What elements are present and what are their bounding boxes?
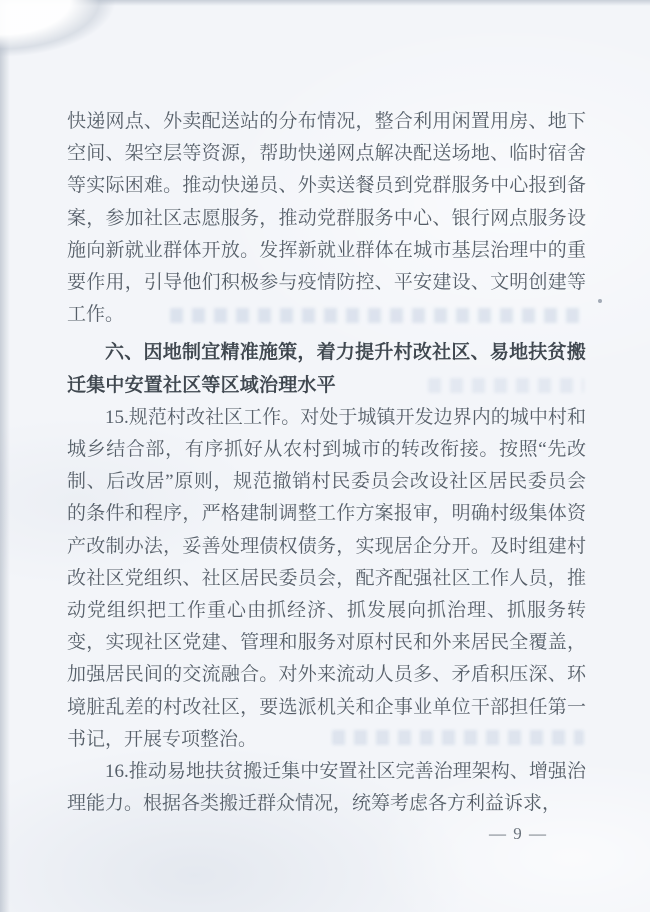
document-body-text: 快递网点、外卖配送站的分布情况，整合利用闲置用房、地下空间、架空层等资源，帮助快… [67,106,586,820]
page-number: — 9 — [489,824,569,844]
paragraph-item-15: 15.规范村改社区工作。对处于城镇开发边界内的城中村和城乡结合部，有序抓好从农村… [67,402,586,756]
paragraph-item-16: 16.推动易地扶贫搬迁集中安置社区完善治理架构、增强治理能力。根据各类搬迁群众情… [67,756,586,820]
section-heading-6: 六、因地制宜精准施策，着力提升村改社区、易地扶贫搬迁集中安置社区等区域治理水平 [67,337,586,401]
scan-speck-artifact [598,299,602,303]
page-corner-fold [0,0,130,64]
page-edge-shadow-left [0,0,10,912]
scanned-document-page: 快递网点、外卖配送站的分布情况，整合利用闲置用房、地下空间、架空层等资源，帮助快… [0,0,650,912]
paragraph-continuation: 快递网点、外卖配送站的分布情况，整合利用闲置用房、地下空间、架空层等资源，帮助快… [67,106,586,331]
